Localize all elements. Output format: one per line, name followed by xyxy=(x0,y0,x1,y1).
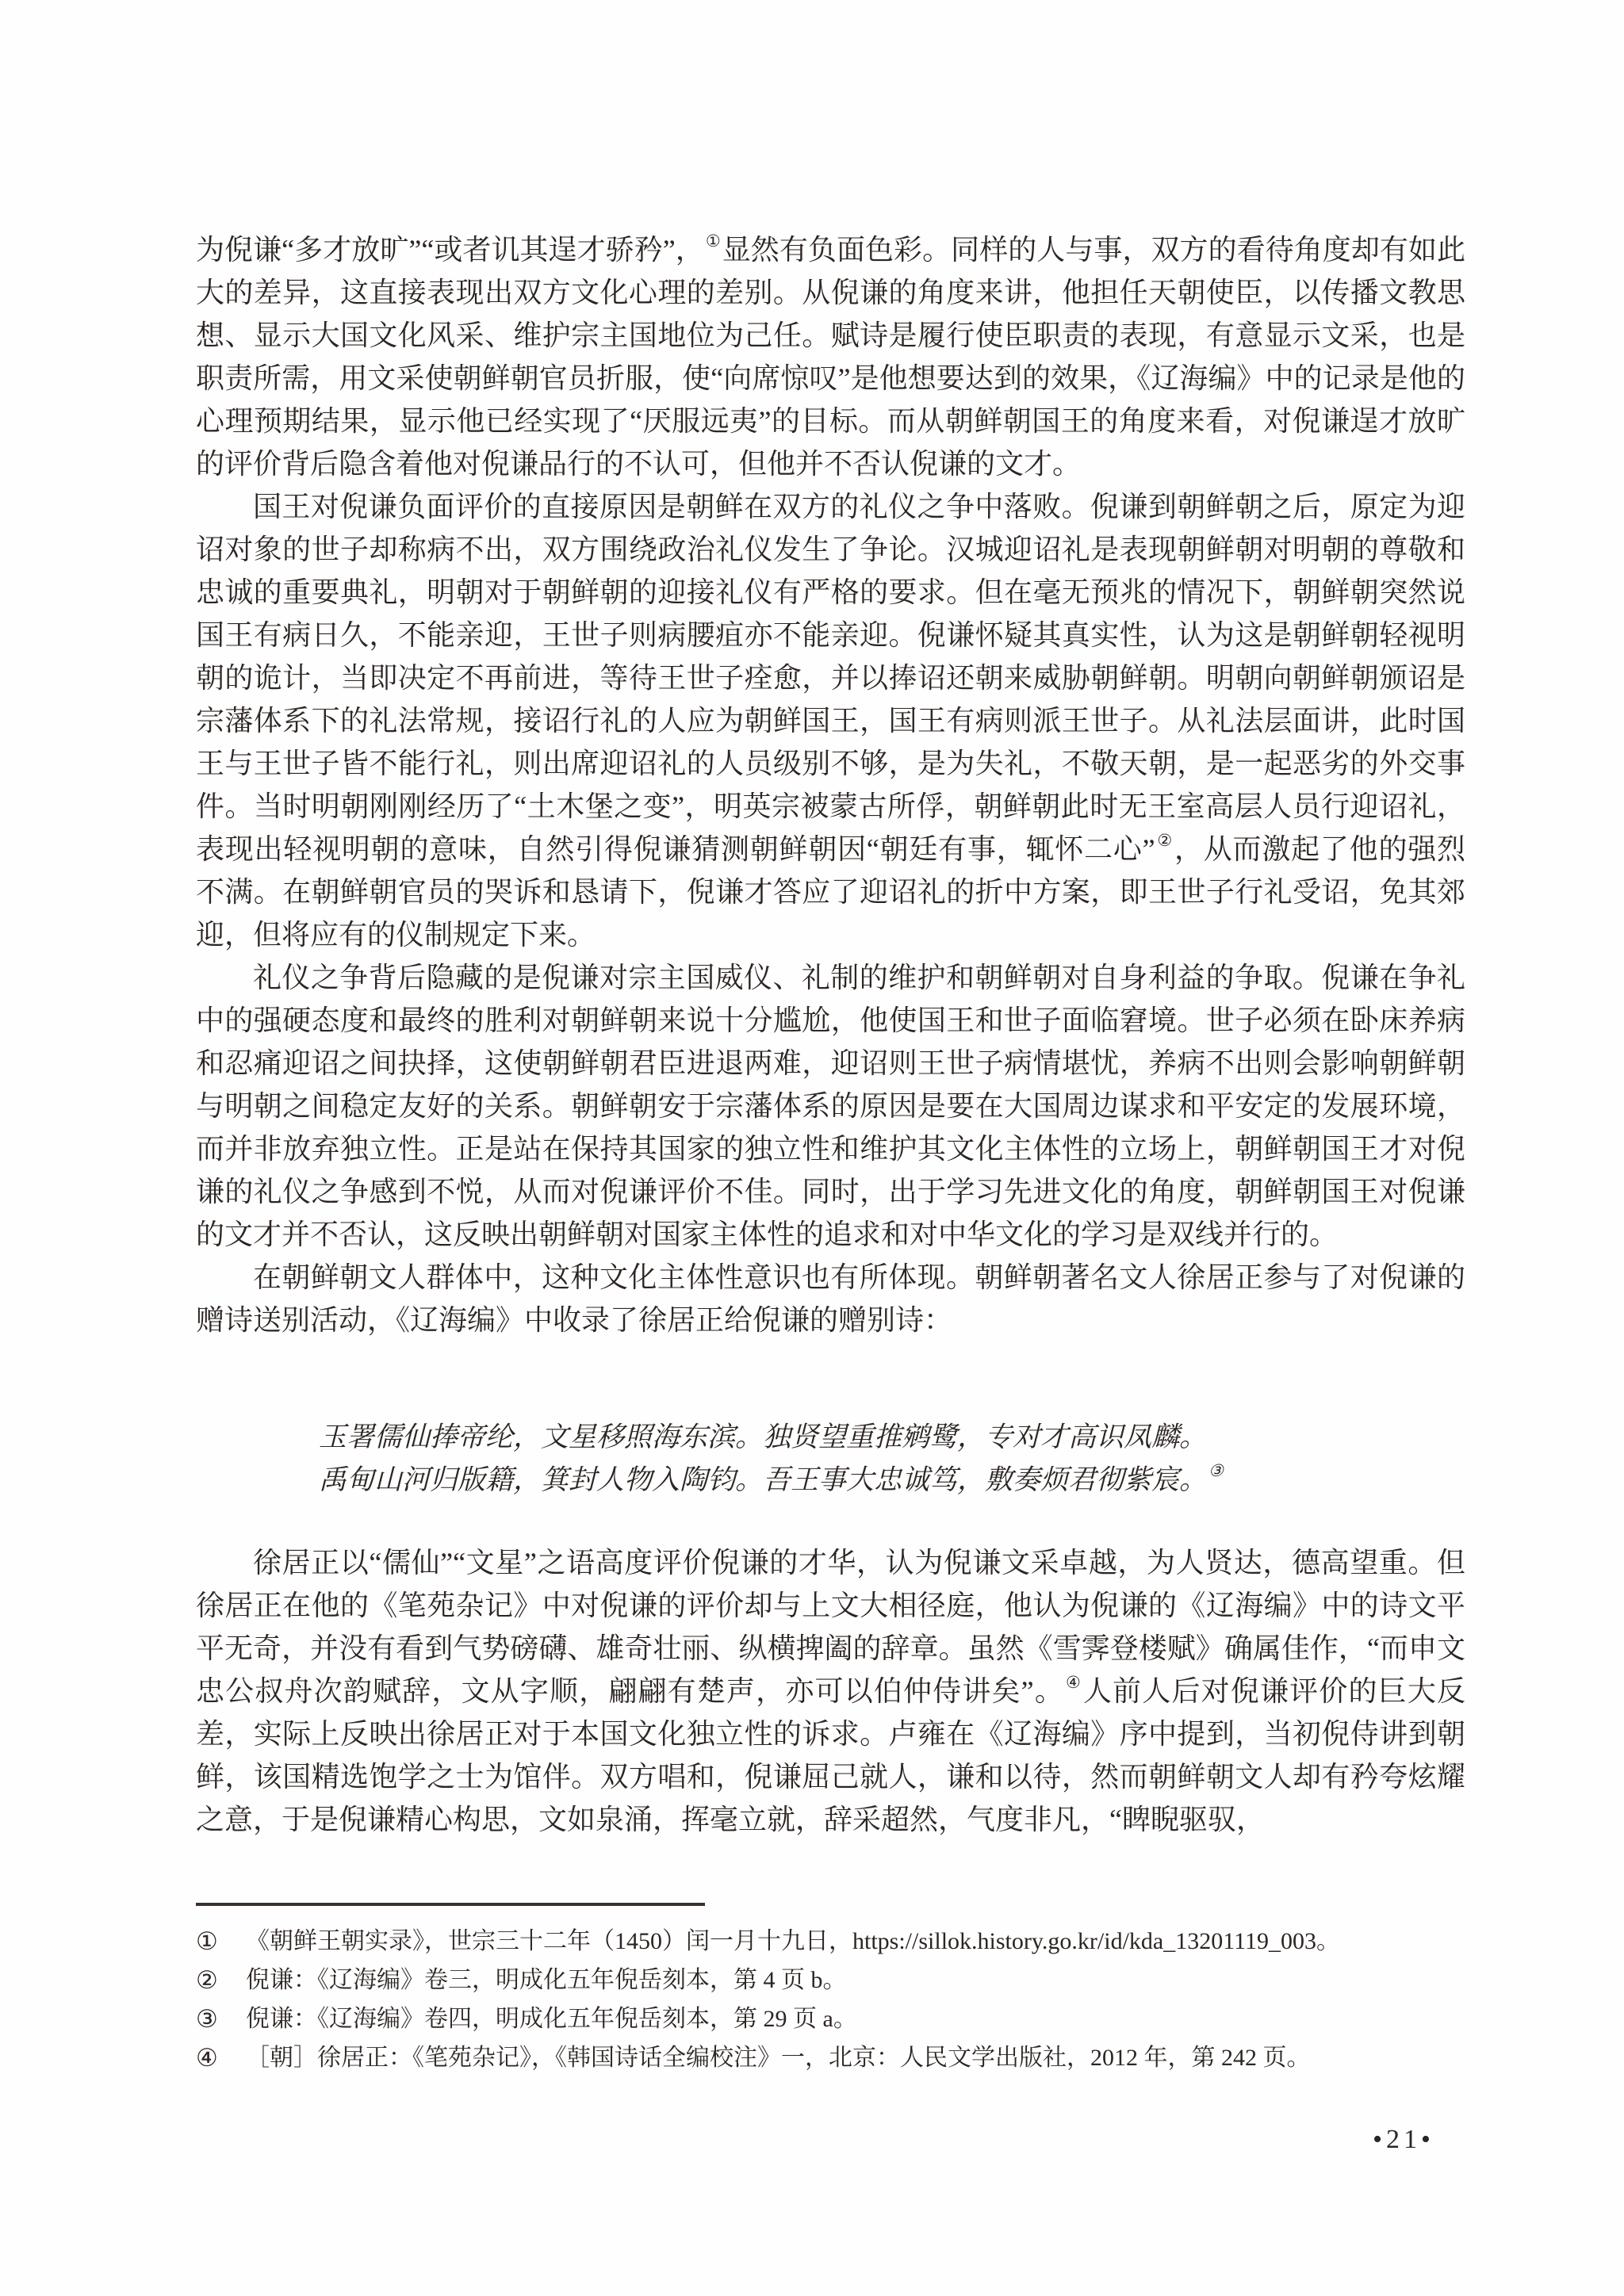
footnote-marker: ② xyxy=(196,1961,246,1999)
footnote-item: ③倪谦：《辽海编》卷四，明成化五年倪岳刻本，第 29 页 a。 xyxy=(196,1999,1512,2038)
footnote-area: ①《朝鲜王朝实录》，世宗三十二年（1450）闰一月十九日，https://sil… xyxy=(196,1903,1512,2077)
footnote-text: 《朝鲜王朝实录》，世宗三十二年（1450）闰一月十九日，https://sill… xyxy=(246,1922,1512,1961)
body-paragraph: 为倪谦“多才放旷”“或者讥其逞才骄矜”，①显然有负面色彩。同样的人与事，双方的看… xyxy=(196,228,1465,485)
text-run: 玉署儒仙捧帝纶，文星移照海东滨。独贤望重推鹓鹭，专对才高识凤麟。 xyxy=(319,1422,1207,1452)
footnote-ref: ② xyxy=(1157,831,1173,850)
footnote-item: ④［朝］徐居正：《笔苑杂记》，《韩国诗话全编校注》一，北京：人民文学出版社，20… xyxy=(196,2038,1512,2077)
footnote-text: 倪谦：《辽海编》卷三，明成化五年倪岳刻本，第 4 页 b。 xyxy=(246,1961,1512,1999)
footnote-item: ①《朝鲜王朝实录》，世宗三十二年（1450）闰一月十九日，https://sil… xyxy=(196,1922,1512,1961)
body-paragraph: 国王对倪谦负面评价的直接原因是朝鲜在双方的礼仪之争中落败。倪谦到朝鲜朝之后，原定… xyxy=(196,485,1465,956)
footnote-ref: ③ xyxy=(1208,1461,1224,1480)
text-run: 在朝鲜朝文人群体中，这种文化主体性意识也有所体现。朝鲜朝著名文人徐居正参与了对倪… xyxy=(196,1261,1465,1336)
text-run: 禹甸山河归版籍，箕封人物入陶钧。吾王事大忠诚笃，敷奏烦君彻紫宸。 xyxy=(319,1464,1207,1495)
footnote-list: ①《朝鲜王朝实录》，世宗三十二年（1450）闰一月十九日，https://sil… xyxy=(196,1922,1512,2077)
footnote-marker: ① xyxy=(196,1922,246,1961)
document-page: 为倪谦“多才放旷”“或者讥其逞才骄矜”，①显然有负面色彩。同样的人与事，双方的看… xyxy=(0,0,1624,2296)
footnote-ref: ① xyxy=(706,232,721,251)
footnote-marker: ③ xyxy=(196,1999,246,2038)
text-run: 国王对倪谦负面评价的直接原因是朝鲜在双方的礼仪之争中落败。倪谦到朝鲜朝之后，原定… xyxy=(196,491,1465,865)
body-paragraph: 在朝鲜朝文人群体中，这种文化主体性意识也有所体现。朝鲜朝著名文人徐居正参与了对倪… xyxy=(196,1256,1465,1341)
text-run: 为倪谦“多才放旷”“或者讥其逞才骄矜”， xyxy=(196,234,704,266)
footnote-marker: ④ xyxy=(196,2038,246,2077)
footnote-ref: ④ xyxy=(1066,1673,1082,1692)
text-run: 显然有负面色彩。同样的人与事，双方的看待角度却有如此大的差异，这直接表现出双方文… xyxy=(196,234,1465,480)
poem-line: 玉署儒仙捧帝纶，文星移照海东滨。独贤望重推鹓鹭，专对才高识凤麟。 xyxy=(319,1416,1465,1459)
text-run: ［朝］徐居正：《笔苑杂记》，《韩国诗话全编校注》一，北京：人民文学出版社，201… xyxy=(246,2045,1311,2071)
article-body: 为倪谦“多才放旷”“或者讥其逞才骄矜”，①显然有负面色彩。同样的人与事，双方的看… xyxy=(196,228,1465,1841)
text-run: 倪谦：《辽海编》卷三，明成化五年倪岳刻本，第 4 页 b。 xyxy=(246,1967,847,1993)
body-paragraph: 徐居正以“儒仙”“文星”之语高度评价倪谦的才华，认为倪谦文采卓越，为人贤达，德高… xyxy=(196,1541,1465,1841)
footnote-text: 倪谦：《辽海编》卷四，明成化五年倪岳刻本，第 29 页 a。 xyxy=(246,1999,1512,2038)
poem-line: 禹甸山河归版籍，箕封人物入陶钧。吾王事大忠诚笃，敷奏烦君彻紫宸。③ xyxy=(319,1459,1465,1502)
text-run: 倪谦：《辽海编》卷四，明成化五年倪岳刻本，第 29 页 a。 xyxy=(246,2006,857,2032)
footnote-item: ②倪谦：《辽海编》卷三，明成化五年倪岳刻本，第 4 页 b。 xyxy=(196,1961,1512,1999)
body-paragraph: 礼仪之争背后隐藏的是倪谦对宗主国威仪、礼制的维护和朝鲜朝对自身利益的争取。倪谦在… xyxy=(196,956,1465,1256)
text-run: 《朝鲜王朝实录》，世宗三十二年（1450）闰一月十九日，https://sill… xyxy=(246,1928,1340,1954)
text-run: 礼仪之争背后隐藏的是倪谦对宗主国威仪、礼制的维护和朝鲜朝对自身利益的争取。倪谦在… xyxy=(196,962,1465,1250)
page-number: •21• xyxy=(1348,2125,1459,2155)
footnote-divider xyxy=(196,1903,705,1906)
footnote-text: ［朝］徐居正：《笔苑杂记》，《韩国诗话全编校注》一，北京：人民文学出版社，201… xyxy=(246,2038,1512,2077)
